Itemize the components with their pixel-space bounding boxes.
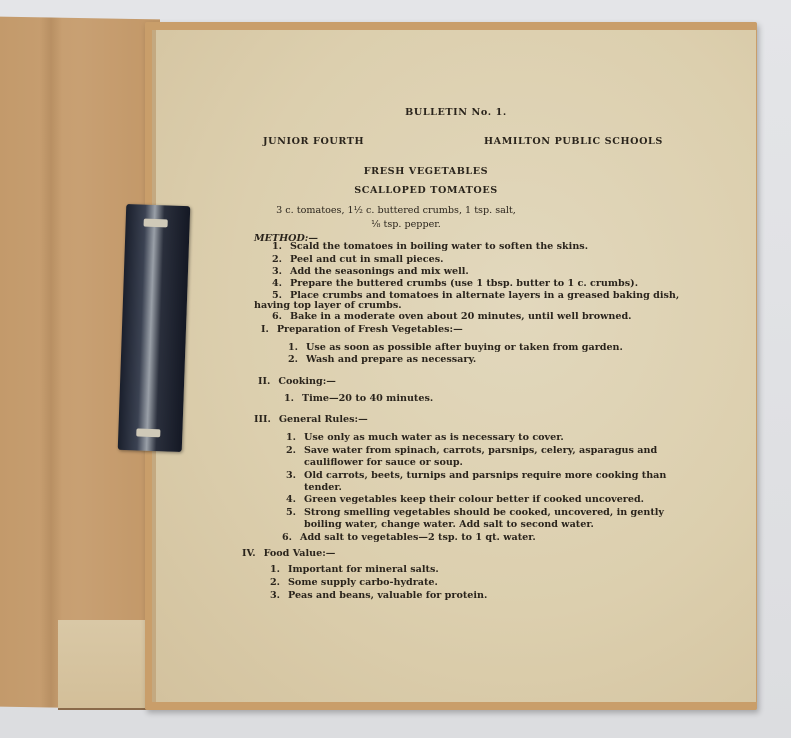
section-item: 3.Peas and beans, valuable for protein.	[262, 590, 487, 602]
step-text: Scald the tomatoes in boiling water to s…	[290, 241, 588, 252]
item-text: Use as soon as possible after buying or …	[306, 342, 623, 353]
item-number: 1.	[278, 432, 296, 444]
item-number: 2.	[278, 445, 296, 457]
step-text: Peel and cut in small pieces.	[290, 254, 443, 265]
section-item: 2.Save water from spinach, carrots, pars…	[278, 445, 657, 457]
section-numeral: I.	[261, 324, 269, 335]
item-number: 6.	[274, 532, 292, 544]
item-text: Use only as much water as is necessary t…	[304, 432, 564, 443]
ingredients-line-2: ⅛ tsp. pepper.	[106, 219, 706, 231]
section-item: 1.Use as soon as possible after buying o…	[280, 342, 623, 354]
section-heading: III.General Rules:—	[254, 414, 368, 426]
section-numeral: IV.	[242, 548, 256, 559]
item-number: 2.	[262, 577, 280, 589]
item-number: 1.	[280, 342, 298, 354]
section-item: 2.Wash and prepare as necessary.	[280, 354, 476, 366]
step-text: having top layer of crumbs.	[254, 300, 402, 311]
method-step: 2.Peel and cut in small pieces.	[264, 254, 443, 266]
fastener-slot-bottom	[136, 428, 160, 437]
category-heading: FRESH VEGETABLES	[126, 166, 726, 178]
method-step: 4.Prepare the buttered crumbs (use 1 tbs…	[264, 278, 638, 290]
section-item: 1.Time—20 to 40 minutes.	[276, 393, 433, 405]
fastener-slot-top	[144, 219, 168, 228]
section-item: 5.Strong smelling vegetables should be c…	[278, 507, 664, 519]
section-title: Cooking:—	[278, 376, 336, 387]
recipe-title: SCALLOPED TOMATOES	[126, 185, 726, 197]
method-step: having top layer of crumbs.	[254, 300, 402, 312]
method-step: 1.Scald the tomatoes in boiling water to…	[264, 241, 588, 253]
method-step: 6.Bake in a moderate oven about 20 minut…	[264, 311, 632, 323]
bulletin-number: BULLETIN No. 1.	[156, 107, 756, 119]
item-text: Strong smelling vegetables should be coo…	[304, 507, 664, 518]
item-text: Peas and beans, valuable for protein.	[288, 590, 487, 601]
page-content: BULLETIN No. 1. JUNIOR FOURTH HAMILTON P…	[156, 30, 756, 702]
section-item: 1.Use only as much water as is necessary…	[278, 432, 564, 444]
item-text: Wash and prepare as necessary.	[306, 354, 476, 365]
step-number: 6.	[264, 311, 282, 323]
item-text: Save water from spinach, carrots, parsni…	[304, 445, 657, 456]
step-number: 3.	[264, 266, 282, 278]
step-number: 1.	[264, 241, 282, 253]
section-item: 1.Important for mineral salts.	[262, 564, 439, 576]
section-numeral: II.	[258, 376, 270, 387]
step-text: Add the seasonings and mix well.	[290, 266, 469, 277]
item-number: 1.	[262, 564, 280, 576]
section-title: Food Value:—	[264, 548, 336, 559]
step-number: 2.	[264, 254, 282, 266]
section-heading: II.Cooking:—	[258, 376, 336, 388]
grade-label: JUNIOR FOURTH	[263, 136, 364, 148]
section-item-continuation: cauliflower for sauce or soup.	[304, 457, 463, 469]
item-text: Important for mineral salts.	[288, 564, 439, 575]
cover-fold-crease	[40, 17, 62, 707]
step-text: Prepare the buttered crumbs (use 1 tbsp.…	[290, 278, 638, 289]
section-title: General Rules:—	[279, 414, 368, 425]
section-item: 6.Add salt to vegetables—2 tsp. to 1 qt.…	[274, 532, 536, 544]
section-item: 4.Green vegetables keep their colour bet…	[278, 494, 644, 506]
item-number: 2.	[280, 354, 298, 366]
item-number: 4.	[278, 494, 296, 506]
item-number: 1.	[276, 393, 294, 405]
item-number: 5.	[278, 507, 296, 519]
section-item-continuation: tender.	[304, 482, 342, 494]
step-number: 4.	[264, 278, 282, 290]
item-text: Time—20 to 40 minutes.	[302, 393, 433, 404]
paper-fastener	[118, 204, 191, 452]
section-item: 3.Old carrots, beets, turnips and parsni…	[278, 470, 666, 482]
school-name: HAMILTON PUBLIC SCHOOLS	[484, 136, 663, 148]
section-item: 2.Some supply carbo-hydrate.	[262, 577, 438, 589]
method-step: 3.Add the seasonings and mix well.	[264, 266, 469, 278]
item-number: 3.	[278, 470, 296, 482]
item-text: Green vegetables keep their colour bette…	[304, 494, 644, 505]
bulletin-page: BULLETIN No. 1. JUNIOR FOURTH HAMILTON P…	[152, 30, 756, 702]
section-heading: IV.Food Value:—	[242, 548, 335, 560]
item-text: Some supply carbo-hydrate.	[288, 577, 438, 588]
section-heading: I.Preparation of Fresh Vegetables:—	[261, 324, 463, 336]
item-number: 3.	[262, 590, 280, 602]
section-numeral: III.	[254, 414, 271, 425]
step-text: Bake in a moderate oven about 20 minutes…	[290, 311, 632, 322]
item-text: Old carrots, beets, turnips and parsnips…	[304, 470, 666, 481]
section-item-continuation: boiling water, change water. Add salt to…	[304, 519, 594, 531]
section-title: Preparation of Fresh Vegetables:—	[277, 324, 463, 335]
item-text: Add salt to vegetables—2 tsp. to 1 qt. w…	[300, 532, 536, 543]
